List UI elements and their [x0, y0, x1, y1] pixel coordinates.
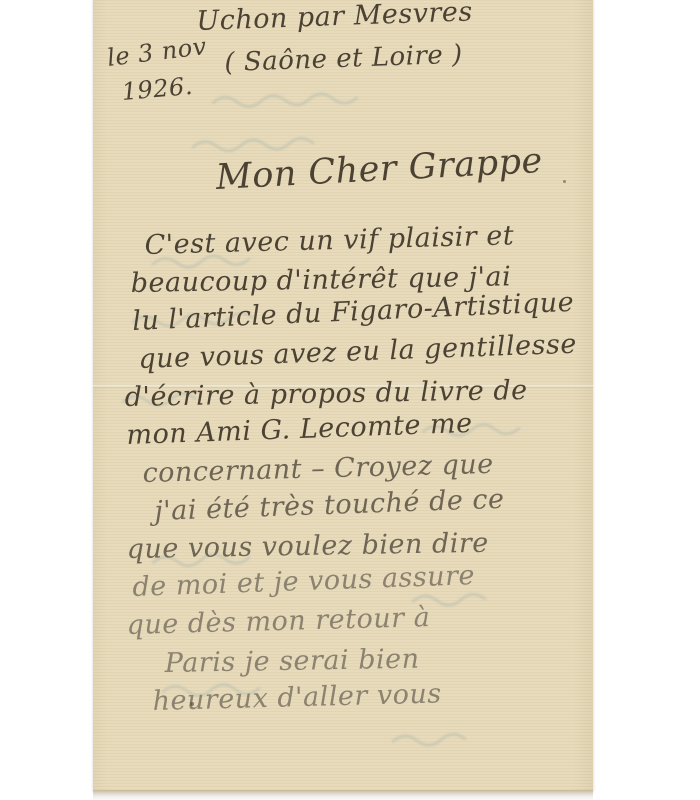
ink-speck: [190, 702, 194, 706]
letter-page: Uchon par Mesvres ( Saône et Loire ) le …: [93, 0, 593, 792]
ink-speck: [563, 180, 566, 183]
letter-body-line: Paris je serai bien: [164, 644, 419, 679]
paper-bottom-edge-shadow: [93, 790, 593, 800]
letter-body-line: que vous voulez bien dire: [126, 528, 489, 565]
